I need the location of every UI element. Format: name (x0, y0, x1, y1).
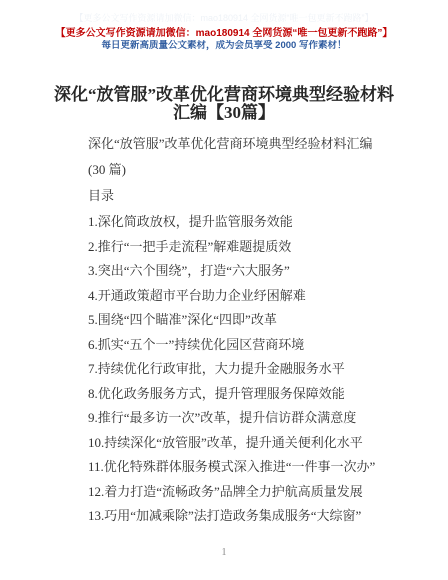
toc-item: 3.突出“六个围绕”，打造“六大服务” (88, 264, 392, 278)
toc-item: 12.着力打造“流畅政务”品牌全力护航高质量发展 (88, 485, 392, 499)
document-count: (30 篇) (88, 163, 392, 177)
toc-item: 7.持续优化行政审批，大力提升金融服务水平 (88, 362, 392, 376)
document-title: 深化“放管服”改革优化营商环境典型经验材料 汇编【30篇】 (0, 86, 448, 122)
toc-item: 8.优化政务服务方式，提升管理服务保障效能 (88, 387, 392, 401)
toc-item: 4.开通政策超市平台助力企业纾困解难 (88, 289, 392, 303)
toc-item: 2.推行“一把手走流程”解难题提质效 (88, 240, 392, 254)
document-title-line1: 深化“放管服”改革优化营商环境典型经验材料 (0, 86, 448, 104)
toc-list: 1.深化简政放权，提升监管服务效能2.推行“一把手走流程”解难题提质效3.突出“… (88, 215, 392, 523)
page-number: 1 (0, 547, 448, 558)
document-subtitle: 深化“放管服”改革优化营商环境典型经验材料汇编 (88, 137, 392, 151)
promo-line-red: 【更多公文写作资源请加微信：mao180914 全网货源“唯一包更新不跑路”】 (0, 27, 448, 40)
toc-item: 10.持续深化“放管服”改革，提升通关便利化水平 (88, 436, 392, 450)
toc-item: 11.优化特殊群体服务模式深入推进“一件事一次办” (88, 460, 392, 474)
toc-item: 9.推行“最多访一次”改革，提升信访群众满意度 (88, 411, 392, 425)
toc-item: 13.巧用“加减乘除”法打造政务集成服务“大综窗” (88, 509, 392, 523)
document-page: 【更多公文写作资源请加微信：mao180914 全网货源“唯一包更新不跑路”】 … (0, 0, 448, 580)
toc-item: 6.抓实“五个一”持续优化园区营商环境 (88, 338, 392, 352)
toc-item: 5.围绕“四个瞄准”深化“四即”改革 (88, 313, 392, 327)
toc-heading: 目录 (88, 189, 392, 203)
promo-header: 【更多公文写作资源请加微信：mao180914 全网货源“唯一包更新不跑路”】 … (0, 0, 448, 52)
document-body: 深化“放管服”改革优化营商环境典型经验材料汇编 (30 篇) 目录 1.深化简政… (88, 137, 392, 523)
promo-line-blue: 每日更新高质量公文素材，成为会员享受 2000 写作素材！ (0, 40, 448, 52)
document-title-line2: 汇编【30篇】 (0, 104, 448, 122)
faint-watermark-line: 【更多公文写作资源请加微信：mao180914 全网货源“唯一包更新不跑路”】 (0, 12, 448, 24)
toc-item: 1.深化简政放权，提升监管服务效能 (88, 215, 392, 229)
